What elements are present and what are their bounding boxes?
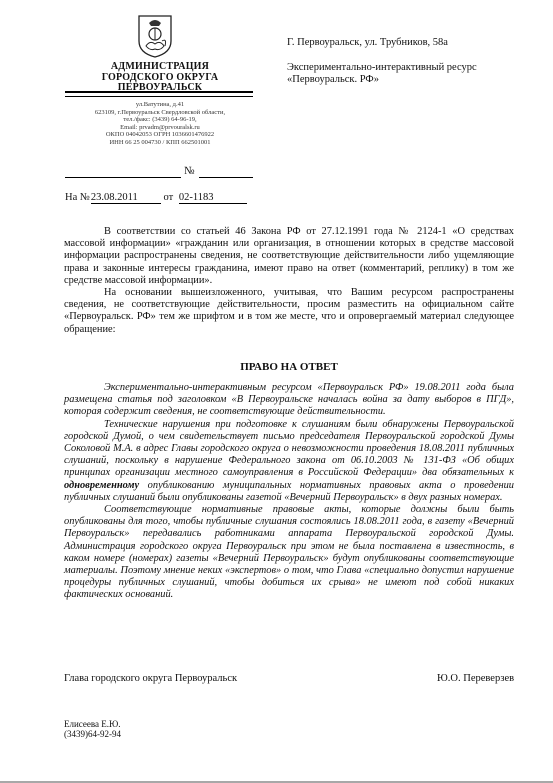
coat-of-arms-icon [136,13,174,59]
contact-line: тел./факс: (3439) 64-96-19, [62,116,258,124]
reference-prefix: На № [65,192,90,203]
contact-line: ОКПО 04042053 ОГРН 1036601476922 [62,131,258,139]
recipient-line: Экспериментально-интерактивный ресурс [287,62,527,75]
contact-line: ИНН 66 25 004730 / КПП 662501001 [62,139,258,147]
executor-block: Елисеева Е.Ю. (3439)64-92-94 [64,719,121,739]
executor-name: Елисеева Е.Ю. [64,719,121,729]
signatory-title: Глава городского округа Первоуральск [64,673,237,684]
reply-paragraph: Соответствующие нормативные правовые акт… [64,504,514,602]
number-blank-line [199,177,253,178]
reply-text-segment: Технические нарушения при подготовке к с… [64,419,514,479]
letterhead-divider [65,91,253,97]
signatory-name: Ю.О. Переверзев [437,673,514,684]
body-paragraph: На основании вышеизложенного, учитывая, … [64,287,514,336]
addressee-address: Г. Первоуральск, ул. Трубников, 58а [287,37,527,50]
executor-phone: (3439)64-92-94 [64,729,121,739]
reference-date-prefix: от [164,192,174,203]
reference-row: На №23.08.2011 от 02-1183 [65,192,247,206]
addressee-block: Г. Первоуральск, ул. Трубников, 58а Эксп… [287,37,527,87]
contact-line: 623109, г.Первоуральск Свердловской обла… [62,109,258,117]
body-paragraph: В соответствии со статьей 46 Закона РФ о… [64,226,514,287]
organization-contacts: ул.Ватутина, д.41 623109, г.Первоуральск… [62,101,258,147]
letter-body: В соответствии со статьей 46 Закона РФ о… [64,226,514,336]
reply-heading: ПРАВО НА ОТВЕТ [64,361,514,373]
recipient-line: «Первоуральск. РФ» [287,74,527,87]
reply-paragraph: Экспериментально-интерактивным ресурсом … [64,382,514,419]
organization-name: АДМИНИСТРАЦИЯ ГОРОДСКОГО ОКРУГА ПЕРВОУРА… [62,62,258,94]
date-blank-line [65,177,181,178]
reply-paragraph: Технические нарушения при подготовке к с… [64,419,514,504]
addressee-recipient: Экспериментально-интерактивный ресурс «П… [287,62,527,87]
reference-number: 23.08.2011 [91,192,161,204]
contact-line: Email: prvadm@prvouralsk.ru [62,124,258,132]
reference-date: 02-1183 [179,192,247,204]
reply-emphasis: одновременному [64,480,139,491]
outgoing-number-row: № [65,165,253,179]
reply-body: Экспериментально-интерактивным ресурсом … [64,382,514,602]
org-name-line: АДМИНИСТРАЦИЯ [62,62,258,73]
contact-line: ул.Ватутина, д.41 [62,101,258,109]
number-sign: № [184,165,195,177]
